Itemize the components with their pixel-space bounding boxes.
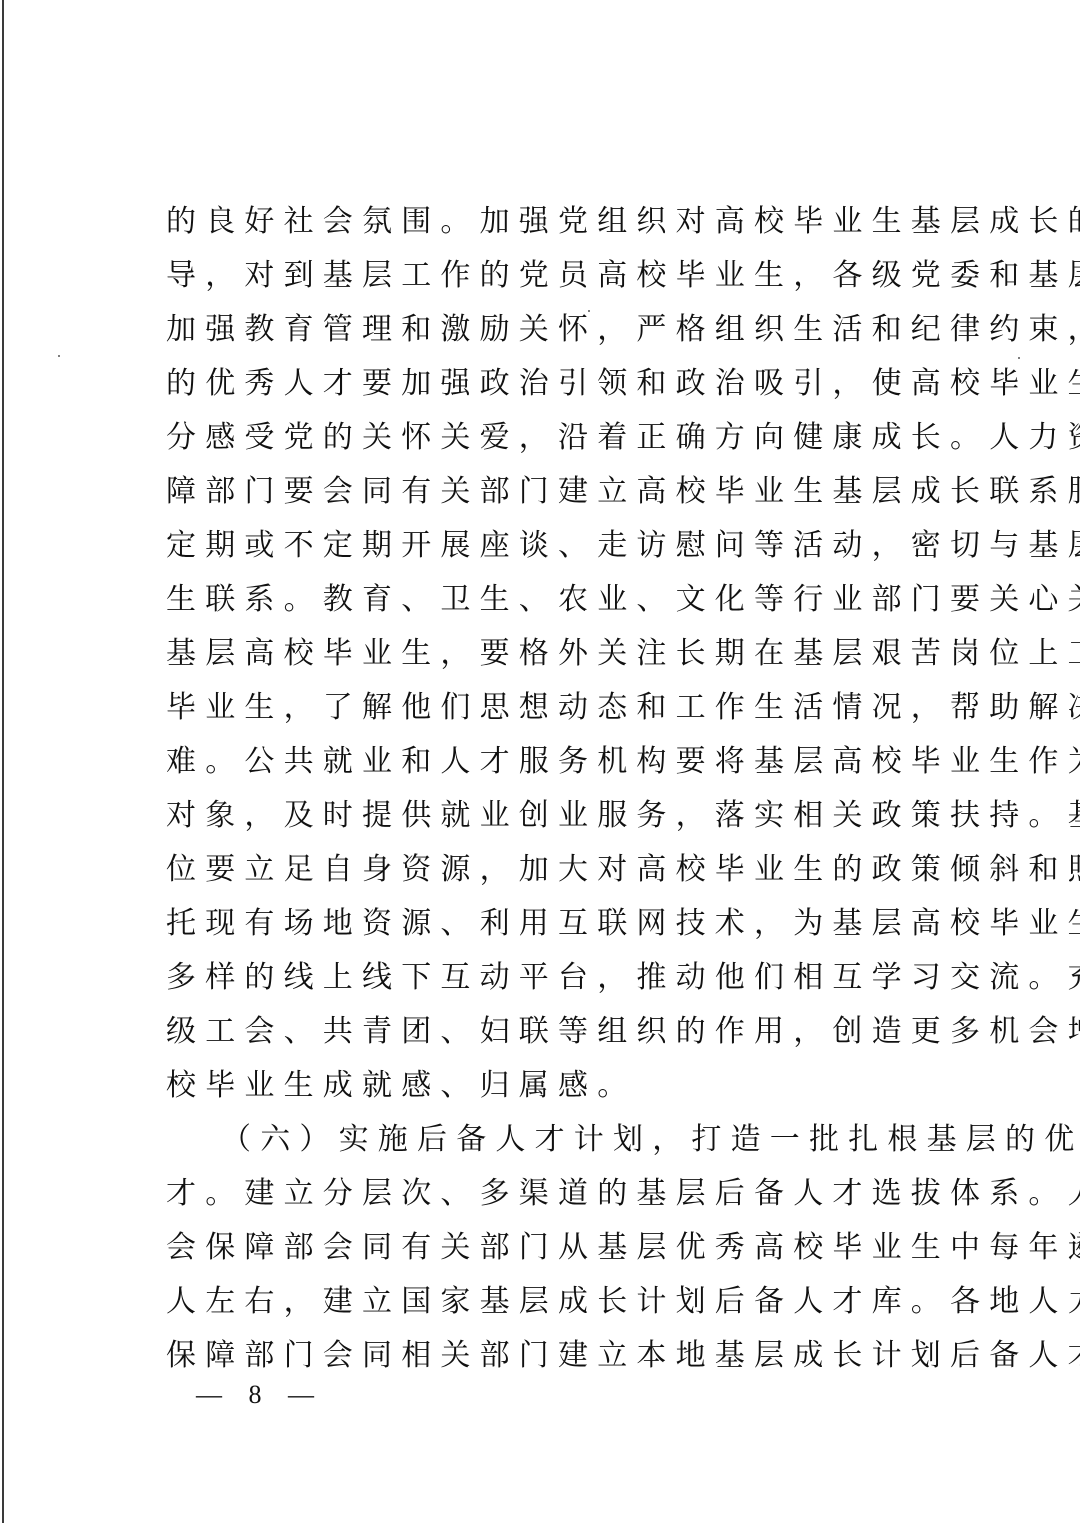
section-heading-line: （六）实施后备人才计划，打造一批扎根基层的优秀青年人 [166, 1118, 950, 1172]
text-line: 会保障部会同有关部门从基层优秀高校毕业生中每年遴选 5000 [166, 1226, 950, 1280]
text-line: 基层高校毕业生，要格外关注长期在基层艰苦岗位上工作的高校 [166, 632, 950, 686]
text-line: 障部门要会同有关部门建立高校毕业生基层成长联系服务机制， [166, 470, 950, 524]
text-line: 才。建立分层次、多渠道的基层后备人才选拔体系。人力资源社 [166, 1172, 950, 1226]
scan-speck [58, 355, 60, 357]
text-line: 生联系。教育、卫生、农业、文化等行业部门要关心关爱本行业 [166, 578, 950, 632]
text-line: 托现有场地资源、利用互联网技术，为基层高校毕业生搭建形式 [166, 902, 950, 956]
text-line: 毕业生，了解他们思想动态和工作生活情况，帮助解决实际困 [166, 686, 950, 740]
text-line: 对象，及时提供就业创业服务，落实相关政策扶持。基层用人单 [166, 794, 950, 848]
paragraph-1: 的良好社会氛围。加强党组织对高校毕业生基层成长的领导和引 导，对到基层工作的党员… [166, 200, 950, 1118]
text-line: 导，对到基层工作的党员高校毕业生，各级党委和基层党组织应 [166, 254, 950, 308]
page-edge-line [2, 0, 4, 1523]
text-line: 人左右，建立国家基层成长计划后备人才库。各地人力资源社会 [166, 1280, 950, 1334]
text-line: 难。公共就业和人才服务机构要将基层高校毕业生作为重要服务 [166, 740, 950, 794]
paragraph-2: （六）实施后备人才计划，打造一批扎根基层的优秀青年人 才。建立分层次、多渠道的基… [166, 1118, 950, 1388]
scan-speck [1018, 357, 1020, 359]
text-line: 的良好社会氛围。加强党组织对高校毕业生基层成长的领导和引 [166, 200, 950, 254]
text-line: 加强教育管理和激励关怀，严格组织生活和纪律约束，对非党员 [166, 308, 950, 362]
page-number: — 8 — [196, 1380, 324, 1410]
document-page: 的良好社会氛围。加强党组织对高校毕业生基层成长的领导和引 导，对到基层工作的党员… [166, 200, 950, 1388]
text-line: 位要立足自身资源，加大对高校毕业生的政策倾斜和照顾。要依 [166, 848, 950, 902]
text-line: 级工会、共青团、妇联等组织的作用，创造更多机会增强基层高 [166, 1010, 950, 1064]
text-line: 多样的线上线下互动平台，推动他们相互学习交流。充分发挥各 [166, 956, 950, 1010]
text-line: 的优秀人才要加强政治引领和政治吸引，使高校毕业生在基层充 [166, 362, 950, 416]
text-line: 定期或不定期开展座谈、走访慰问等活动，密切与基层高校毕业 [166, 524, 950, 578]
scan-speck [588, 310, 590, 312]
text-line: 校毕业生成就感、归属感。 [166, 1064, 950, 1118]
text-line: 分感受党的关怀关爱，沿着正确方向健康成长。人力资源社会保 [166, 416, 950, 470]
